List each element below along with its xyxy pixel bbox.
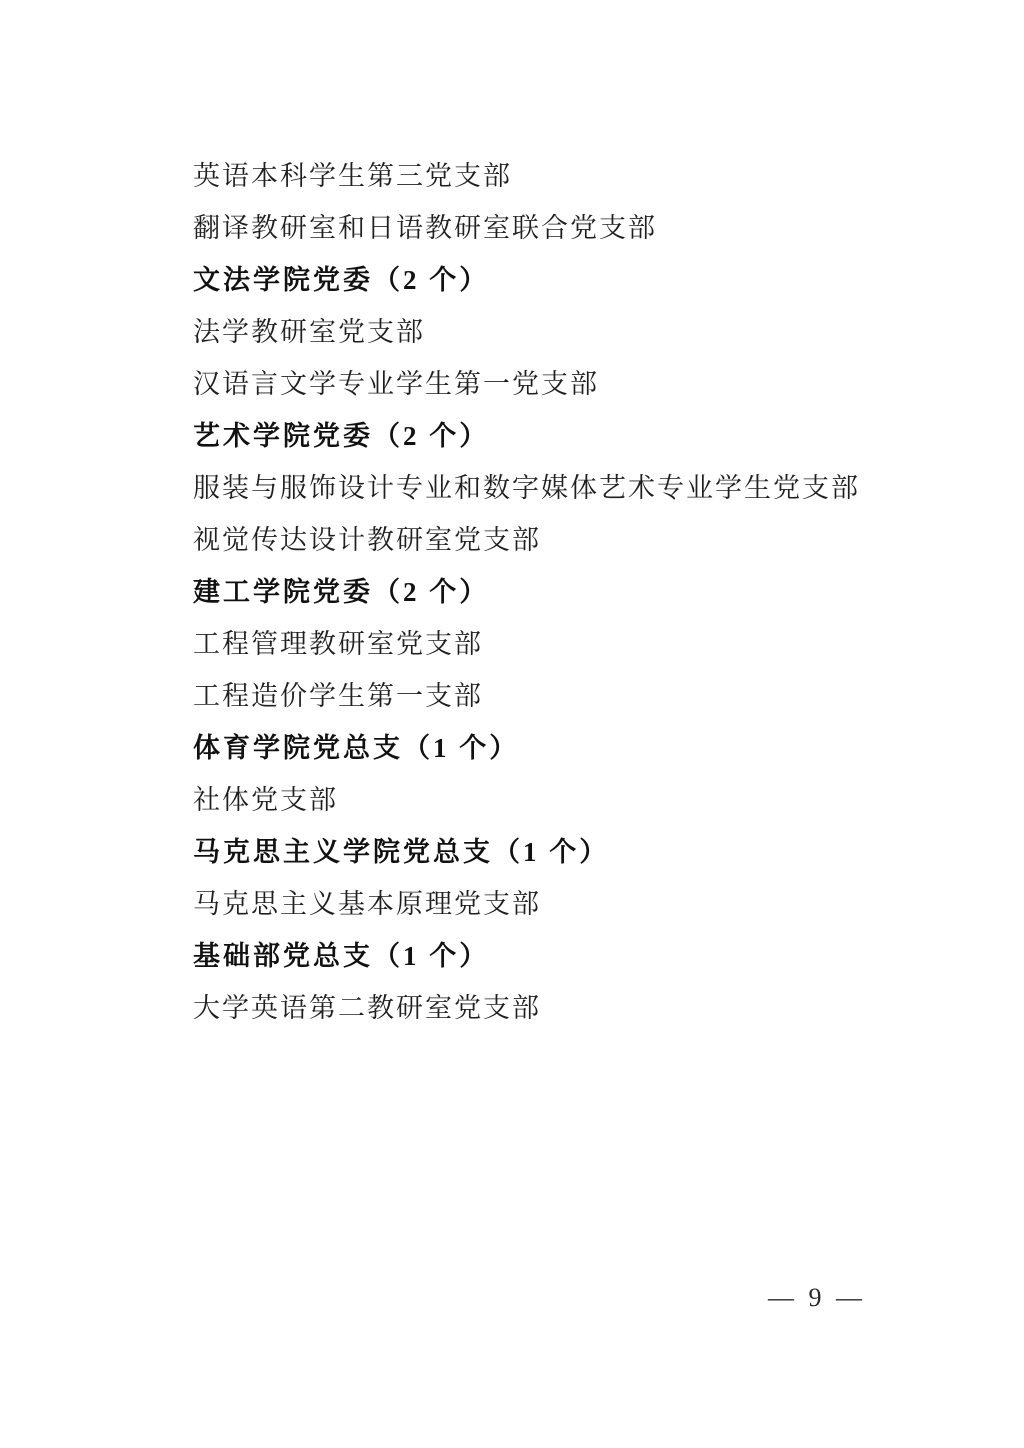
document-body: 英语本科学生第三党支部翻译教研室和日语教研室联合党支部文法学院党委（2 个）法学… xyxy=(193,150,964,1034)
section-heading: 马克思主义学院党总支（1 个） xyxy=(193,826,964,878)
section-heading: 艺术学院党委（2 个） xyxy=(193,410,964,462)
document-page: 英语本科学生第三党支部翻译教研室和日语教研室联合党支部文法学院党委（2 个）法学… xyxy=(0,0,1024,1448)
branch-line: 服装与服饰设计专业和数字媒体艺术专业学生党支部 xyxy=(193,462,964,514)
branch-line: 社体党支部 xyxy=(193,774,964,826)
branch-line: 大学英语第二教研室党支部 xyxy=(193,982,964,1034)
branch-line: 翻译教研室和日语教研室联合党支部 xyxy=(193,202,964,254)
section-heading: 建工学院党委（2 个） xyxy=(193,566,964,618)
branch-line: 英语本科学生第三党支部 xyxy=(193,150,964,202)
section-heading: 文法学院党委（2 个） xyxy=(193,254,964,306)
branch-line: 工程管理教研室党支部 xyxy=(193,618,964,670)
branch-line: 工程造价学生第一支部 xyxy=(193,670,964,722)
branch-line: 法学教研室党支部 xyxy=(193,306,964,358)
branch-line: 汉语言文学专业学生第一党支部 xyxy=(193,358,964,410)
branch-line: 马克思主义基本原理党支部 xyxy=(193,878,964,930)
section-heading: 体育学院党总支（1 个） xyxy=(193,722,964,774)
branch-line: 视觉传达设计教研室党支部 xyxy=(193,514,964,566)
page-number: — 9 — xyxy=(768,1283,866,1313)
section-heading: 基础部党总支（1 个） xyxy=(193,930,964,982)
